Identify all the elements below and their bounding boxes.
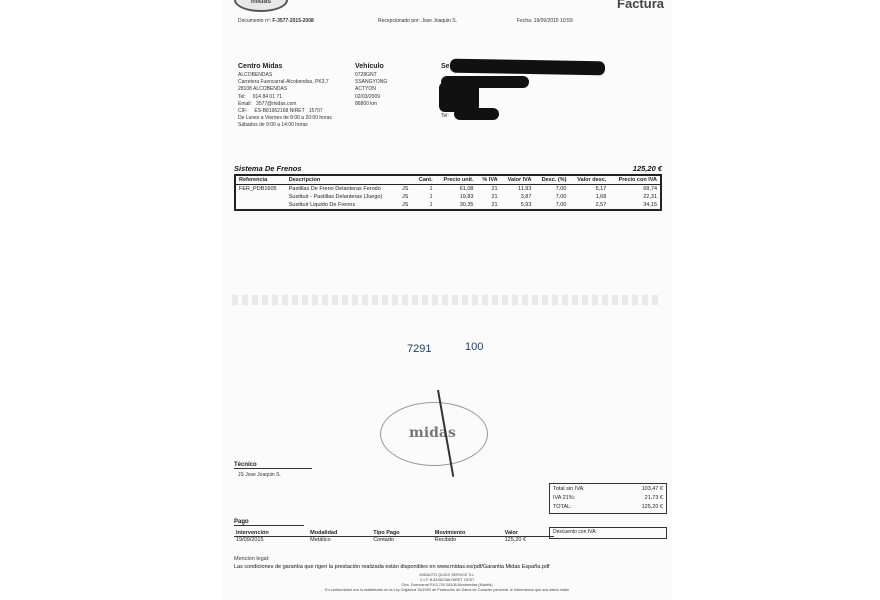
table-cell: 5,93 xyxy=(501,201,535,210)
totals-box: Total sin IVA:103,47 €IVA 21%:21,73 €TOT… xyxy=(549,483,667,514)
overlay-number-left: 7291 xyxy=(407,343,431,355)
tecnico-title: Técnico xyxy=(234,462,312,469)
column-header: Valor desc. xyxy=(569,175,609,185)
totals-label: Total sin IVA: xyxy=(553,485,585,494)
vehiculo-line: 0728GNT xyxy=(355,72,387,79)
scan-noise xyxy=(232,295,662,305)
legal-footer-line: En conformidad con lo establecido en la … xyxy=(222,588,672,593)
column-header: Precio unit. xyxy=(436,175,477,185)
table-cell: 22,31 xyxy=(609,193,661,201)
totals-label: TOTAL: xyxy=(553,503,572,512)
column-header: Desc. (%) xyxy=(534,175,569,185)
centro-line: Email: 3577@midas.com xyxy=(238,101,332,108)
centro-line: Carretera Fuencarral-Alcobendas, PK3,7 xyxy=(238,79,332,86)
totals-value: 103,47 € xyxy=(642,485,663,494)
tecnico-value: JS Jose Joaquin S. xyxy=(238,472,281,478)
legal-text: Las condiciones de garantía que rigen la… xyxy=(234,564,550,570)
column-header: Valor IVA xyxy=(501,175,535,185)
pago-cell: Metálico xyxy=(308,537,371,544)
legal-title: Mencion legal: xyxy=(234,556,269,562)
redaction-bar xyxy=(450,59,605,76)
table-cell: JS xyxy=(399,185,413,194)
fecha: Fecha: 19/09/2015 10:59 xyxy=(517,18,573,24)
column-header: Precio con IVA xyxy=(609,175,661,185)
table-cell: 21 xyxy=(476,185,500,194)
table-cell: 1 xyxy=(413,185,435,194)
totals-row: IVA 21%:21,73 € xyxy=(553,494,663,503)
table-cell: 7,00 xyxy=(534,185,569,194)
centro-line: CIF: ES-B81962168 NIRET 15707 xyxy=(238,108,332,115)
vehiculo-block: Vehículo 0728GNTSSANGYONGACTYON02/03/200… xyxy=(355,63,387,108)
table-cell: 30,35 xyxy=(436,201,477,210)
section-total: 125,20 € xyxy=(633,164,662,173)
table-cell: 1 xyxy=(413,201,435,210)
documento-number: Documento nº: F-3577-2015-2008 xyxy=(238,18,314,24)
column-header xyxy=(399,175,413,185)
table-cell: 5,17 xyxy=(569,185,609,194)
document-title: Factura xyxy=(617,0,664,11)
table-cell: 68,74 xyxy=(609,185,661,194)
vehiculo-line: SSANGYONG xyxy=(355,79,387,86)
vehiculo-line: 02/03/2009 xyxy=(355,94,387,101)
centro-title: Centro Midas xyxy=(238,63,332,70)
centro-line: De Lunes a Viernes de 8:00 a 20:00 horas xyxy=(238,115,332,122)
column-header: Descripcion xyxy=(286,175,399,185)
vehiculo-line: 86800 km xyxy=(355,101,387,108)
pago-table: IntervenciónModalidadTipo PagoMovimiento… xyxy=(234,530,554,543)
recepcionado-por: Recepcionado por: Jose Joaquin S. xyxy=(378,18,457,24)
pago-cell: Contado xyxy=(371,537,433,544)
column-header: Referencia xyxy=(235,175,286,185)
table-row: Sustituir - Pastillas Delanteras (Juego)… xyxy=(235,193,661,201)
table-cell: 1,68 xyxy=(569,193,609,201)
section-title: Sistema De Frenos xyxy=(234,164,302,173)
table-cell: 3,87 xyxy=(501,193,535,201)
table-cell: 7,00 xyxy=(534,193,569,201)
centro-block: Centro Midas ALCOBENDASCarretera Fuencar… xyxy=(238,63,332,130)
table-cell: 2,57 xyxy=(569,201,609,210)
table-cell: 7,00 xyxy=(534,201,569,210)
centro-line: ALCOBENDAS xyxy=(238,72,332,79)
midas-stamp: midas xyxy=(380,402,488,466)
pago-title: Pago xyxy=(234,519,304,526)
table-cell: Sustituir Liquido De Frenos xyxy=(286,201,399,210)
table-cell xyxy=(235,201,286,210)
vehiculo-line: ACTYON xyxy=(355,86,387,93)
totals-row: Total sin IVA:103,47 € xyxy=(553,485,663,494)
legal-footer: MIDAUTO QUICK SERVICE S.LC.I.F. B-819621… xyxy=(222,573,672,593)
totals-label: IVA 21%: xyxy=(553,494,575,503)
descuento-box: Descuento con IVA: xyxy=(549,527,667,539)
redaction-bar xyxy=(454,108,499,120)
centro-line: Sábados de 9:00 a 14:00 horas xyxy=(238,122,332,129)
table-cell: JS xyxy=(399,193,413,201)
centro-line: 28108 ALCOBENDAS xyxy=(238,86,332,93)
table-cell: 1 xyxy=(413,193,435,201)
pago-cell: 19/09/2015 xyxy=(234,537,308,544)
cliente-tel-label: Tel: xyxy=(441,113,449,119)
pago-cell: 125,20 € xyxy=(503,537,554,544)
midas-logo: midas xyxy=(234,0,288,12)
table-cell: 19,83 xyxy=(436,193,477,201)
vehiculo-title: Vehículo xyxy=(355,63,387,70)
centro-line: Tel: 914 84 01 71 xyxy=(238,94,332,101)
table-cell: 34,15 xyxy=(609,201,661,210)
totals-value: 125,20 € xyxy=(642,503,663,512)
totals-value: 21,73 € xyxy=(645,494,663,503)
totals-row: TOTAL:125,20 € xyxy=(553,503,663,512)
overlay-number-right: 100 xyxy=(465,341,483,353)
table-cell: 21 xyxy=(476,201,500,210)
pago-cell: Recibido xyxy=(433,537,503,544)
table-row: FER_PDB1605Pastillas De Freno Delanteras… xyxy=(235,185,661,194)
table-cell: 11,93 xyxy=(501,185,535,194)
column-header: Cant. xyxy=(413,175,435,185)
table-cell: Sustituir - Pastillas Delanteras (Juego) xyxy=(286,193,399,201)
invoice-page: midas Factura Documento nº: F-3577-2015-… xyxy=(222,0,672,600)
table-row: Sustituir Liquido De FrenosJS130,35215,9… xyxy=(235,201,661,210)
table-cell: 61,08 xyxy=(436,185,477,194)
table-cell xyxy=(235,193,286,201)
centro-details: ALCOBENDASCarretera Fuencarral-Alcobenda… xyxy=(238,72,332,130)
items-table: ReferenciaDescripcionCant.Precio unit.% … xyxy=(234,174,662,211)
vehiculo-details: 0728GNTSSANGYONGACTYON02/03/200986800 km xyxy=(355,72,387,108)
table-cell: JS xyxy=(399,201,413,210)
column-header: % IVA xyxy=(476,175,500,185)
table-cell: FER_PDB1605 xyxy=(235,185,286,194)
table-cell: Pastillas De Freno Delanteras Ferodo xyxy=(286,185,399,194)
cliente-title: Se xyxy=(441,63,450,70)
table-cell: 21 xyxy=(476,193,500,201)
